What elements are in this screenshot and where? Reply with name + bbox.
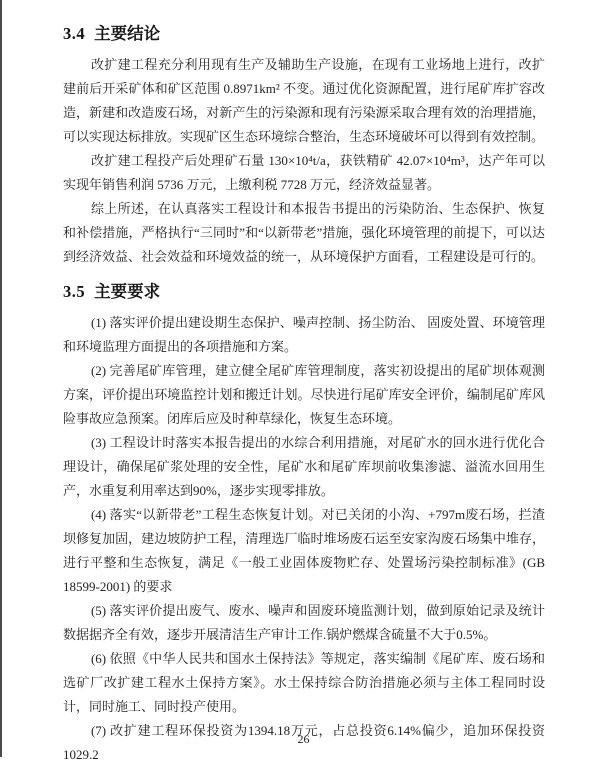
section-title: 主要结论 (94, 24, 160, 43)
paragraph: (6) 依照《中华人民共和国水土保持法》等规定，落实编制《尾矿库、废石场和选矿厂… (63, 647, 545, 719)
paragraph: (5) 落实评价提出废气、废水、噪声和固废环境监测计划，做到原始记录及统计数据据… (63, 599, 545, 647)
document-page: 3.4主要结论 改扩建工程充分利用现有生产及辅助生产设施，在现有工业场地上进行，… (0, 0, 607, 767)
section-number: 3.4 (63, 24, 85, 43)
document-content: 3.4主要结论 改扩建工程充分利用现有生产及辅助生产设施，在现有工业场地上进行，… (63, 24, 545, 767)
paragraph: 改扩建工程投产后处理矿石量 130×10⁴t/a，获铁精矿 42.07×10⁴m… (63, 149, 545, 197)
scan-edge-line (0, 0, 2, 757)
paragraph: (4) 落实“以新带老”工程生态恢复计划。对已关闭的小沟、+797m废石场，拦渣… (63, 503, 545, 599)
section-heading-3-5: 3.5主要要求 (63, 282, 545, 302)
paragraph: 改扩建工程充分利用现有生产及辅助生产设施，在现有工业场地上进行，改扩建前后开采矿… (63, 53, 545, 149)
paragraph: (2) 完善尾矿库管理，建立健全尾矿库管理制度，落实初设提出的尾矿坝体观测方案，… (63, 359, 545, 431)
paragraph: 综上所述，在认真落实工程设计和本报告书提出的污染防治、生态保护、恢复和补偿措施，… (63, 197, 545, 269)
page-number: 26 (0, 732, 607, 747)
section-heading-3-4: 3.4主要结论 (63, 24, 545, 44)
paragraph: (3) 工程设计时落实本报告提出的水综合利用措施，对尾矿水的回水进行优化合理设计… (63, 431, 545, 503)
section-title: 主要要求 (94, 282, 160, 301)
section-number: 3.5 (63, 282, 85, 301)
paragraph: (1) 落实评价提出建设期生态保护、噪声控制、扬尘防治、 固废处置、环境管理和环… (63, 311, 545, 359)
